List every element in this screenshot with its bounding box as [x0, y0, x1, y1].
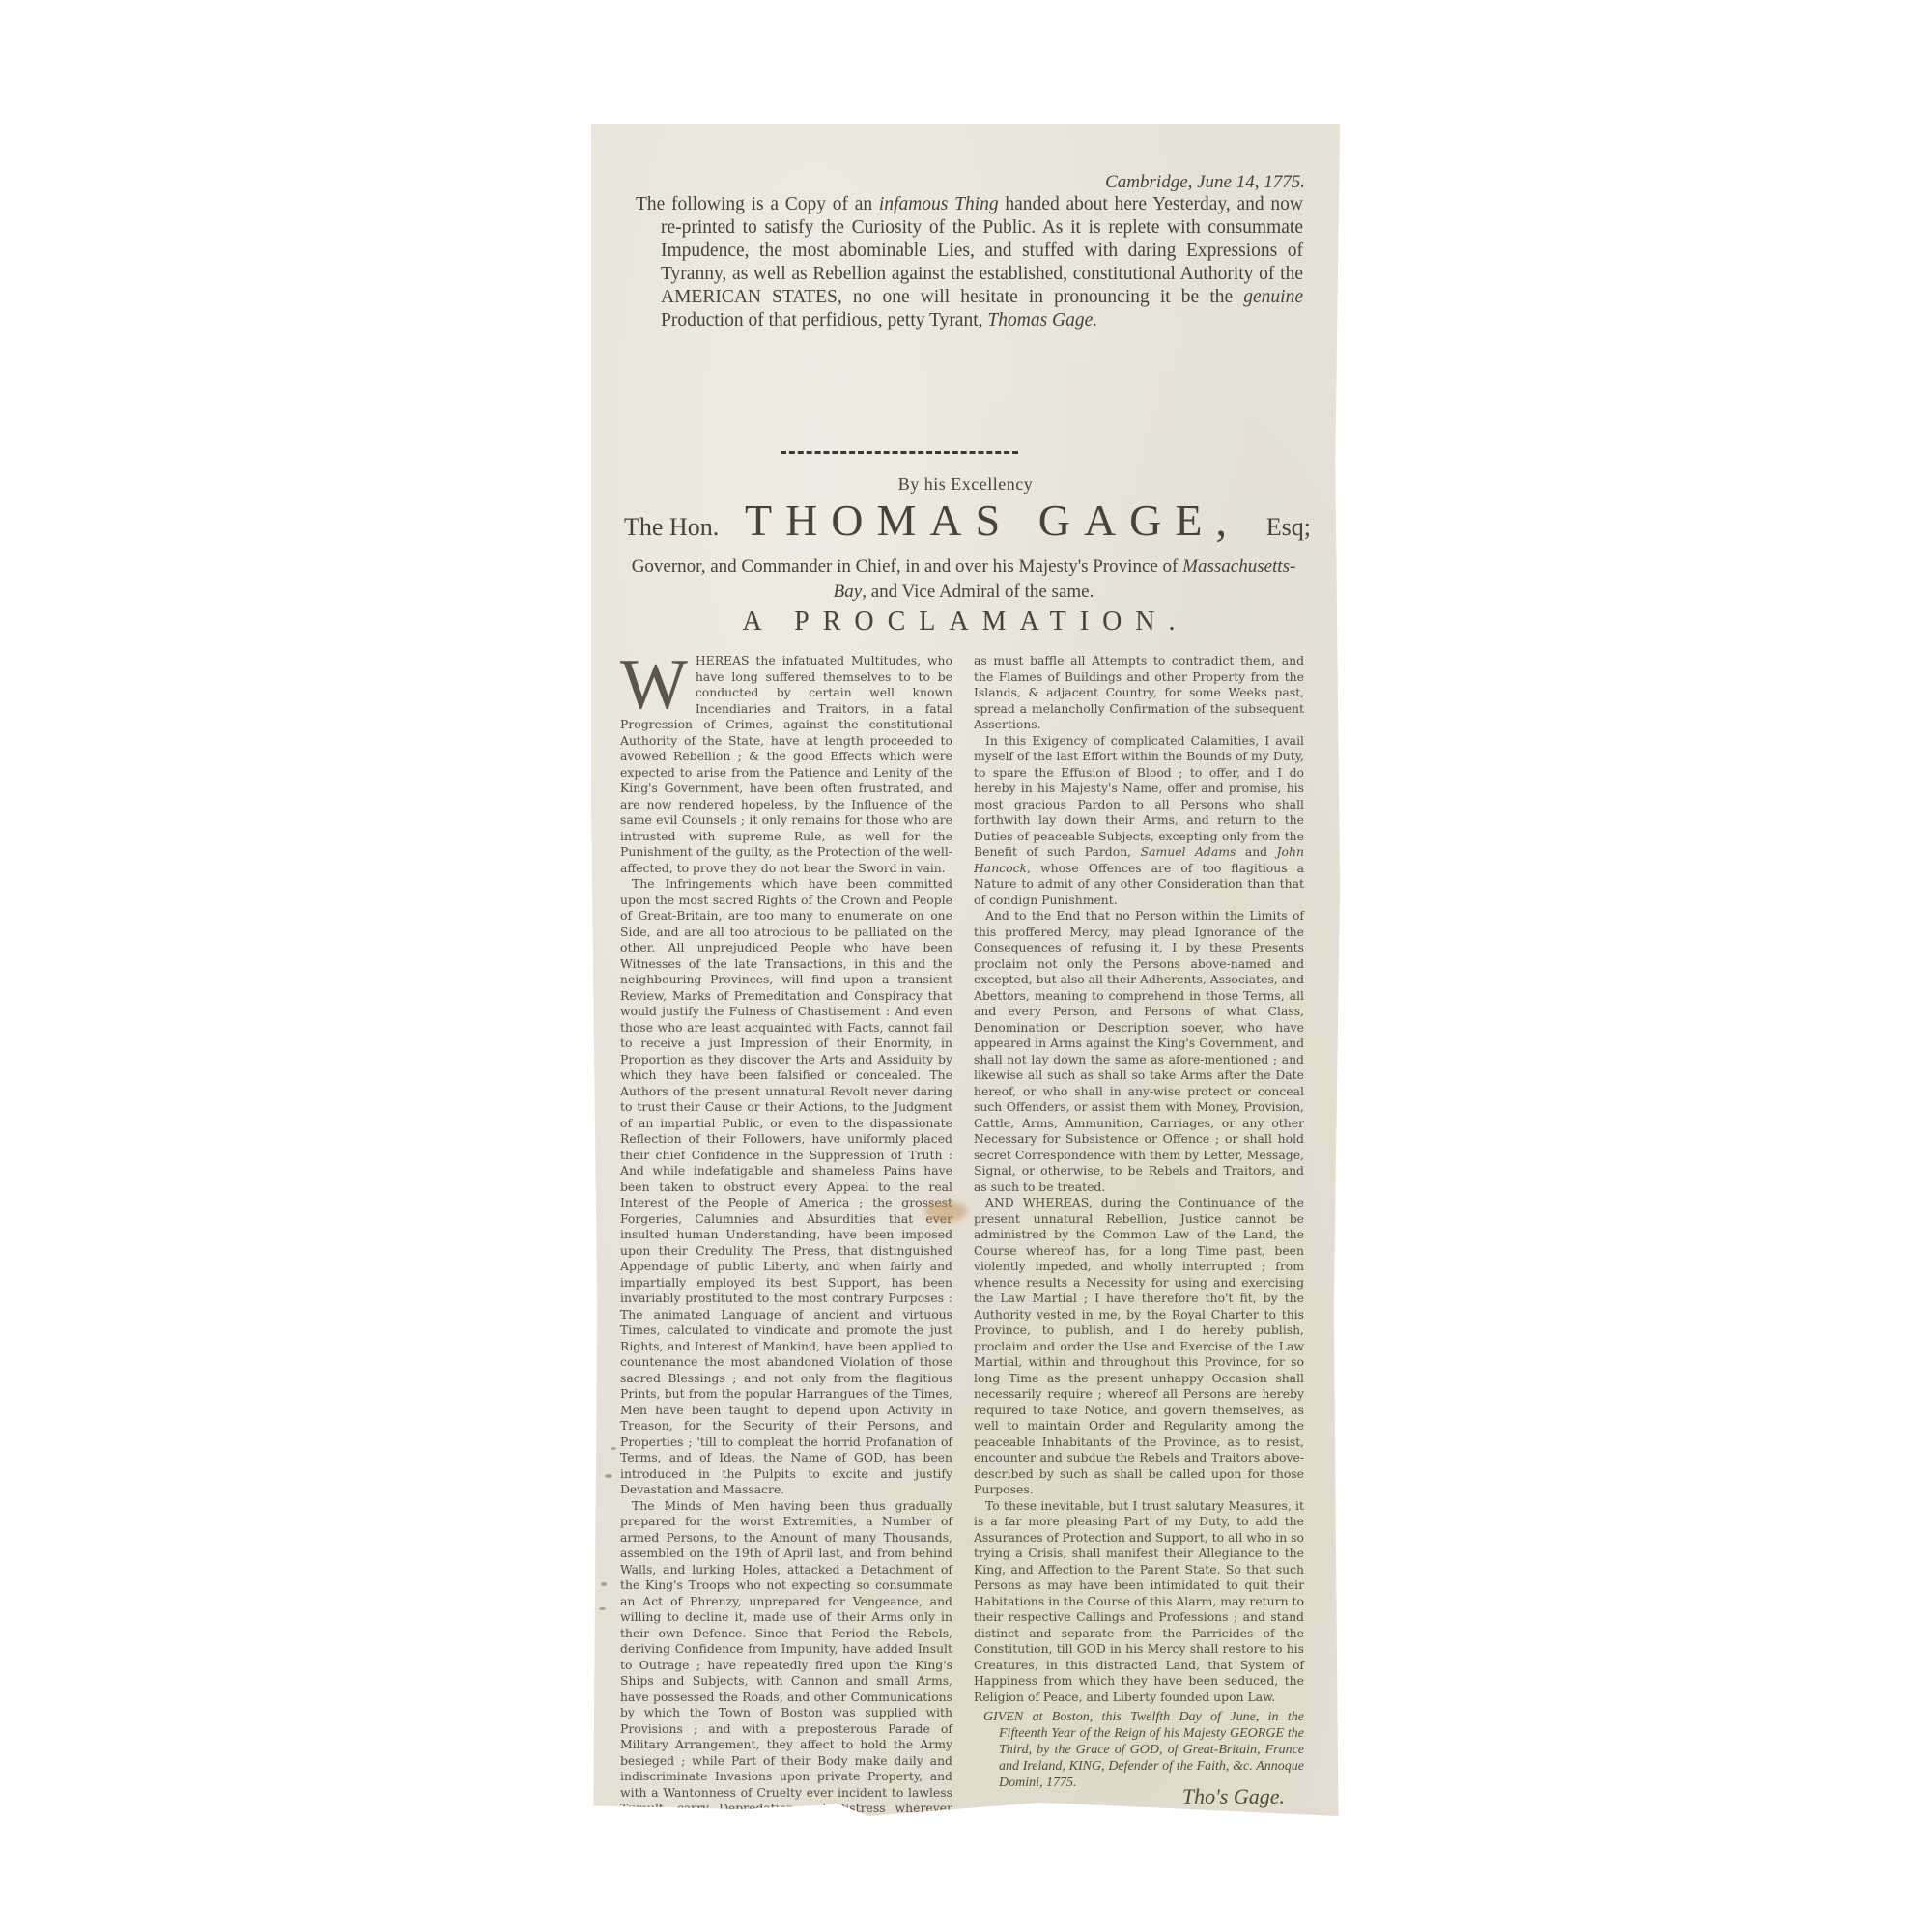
broadside-paper: Cambridge, June 14, 1775. The following …: [591, 124, 1340, 1816]
ink-speck: [599, 1607, 606, 1610]
intro-italic-3: Thomas Gage.: [987, 310, 1097, 330]
paragraph-end-mercy: And to the End that no Person within the…: [974, 908, 1304, 1195]
paragraph-protection: To these inevitable, but I trust salutar…: [974, 1498, 1304, 1706]
king-word: KING.: [1168, 1864, 1235, 1881]
paragraph-law-martial: AND WHEREAS, during the Continuance of t…: [974, 1195, 1304, 1498]
signature: Tho's Gage.: [974, 1789, 1304, 1805]
paragraph-minds-of-men: The Minds of Men having been thus gradua…: [620, 1498, 952, 1849]
title-name: THOMAS GAGE,: [745, 495, 1240, 546]
intro-text-3: Production of that perfidious, petty Tyr…: [661, 310, 987, 330]
secretary-line: Tho's Flucker, Secr'y.: [974, 1835, 1304, 1854]
paragraph-infringements: The Infringements which have been commit…: [620, 876, 952, 1498]
ink-speck: [605, 1474, 612, 1478]
command-line: By His Excellency's Command,: [974, 1811, 1304, 1830]
ink-speck: [601, 1582, 607, 1586]
pardon-and: and: [1236, 844, 1276, 859]
paragraph-continuation: as must baffle all Attempts to contradic…: [974, 653, 1304, 733]
office-text-2: , and Vice Admiral of the same.: [862, 582, 1094, 602]
god-word: GOD: [1043, 1864, 1089, 1881]
governor-title: Governor, and Commander in Chief, in and…: [620, 554, 1307, 605]
paragraph-whereas: WHEREAS the infatuated Multitudes, who h…: [620, 653, 952, 876]
pardon-text-1: In this Exigency of complicated Calamiti…: [974, 733, 1304, 860]
intro-italic-2: genuine: [1243, 287, 1303, 307]
drop-cap: W: [620, 655, 688, 715]
proclamation-document: Cambridge, June 14, 1775. The following …: [591, 124, 1340, 1816]
title-prefix: The Hon.: [624, 513, 719, 542]
office-text-1: Governor, and Commander in Chief, in and…: [632, 556, 1182, 577]
intro-text-1: The following is a Copy of an: [636, 194, 879, 214]
ink-speck: [611, 1447, 616, 1450]
by-his-excellency: By his Excellency: [591, 474, 1340, 495]
save-the: Save the: [1089, 1864, 1169, 1881]
intro-italic-1: infamous Thing: [879, 194, 999, 214]
given-at-boston: GIVEN at Boston, this Twelfth Day of Jun…: [974, 1709, 1304, 1791]
intro-paragraph: The following is a Copy of an infamous T…: [636, 193, 1303, 332]
title-suffix: Esq;: [1266, 513, 1311, 542]
water-stain: [924, 1201, 967, 1222]
left-column: WHEREAS the infatuated Multitudes, who h…: [620, 653, 952, 1849]
proclamation-heading: A PROCLAMATION.: [591, 607, 1340, 638]
paragraph-pardon: In this Exigency of complicated Calamiti…: [974, 733, 1304, 909]
title-line: The Hon. THOMAS GAGE, Esq;: [624, 495, 1311, 546]
name-samuel-adams: Samuel Adams: [1141, 844, 1236, 859]
divider-rule: [781, 451, 1018, 457]
god-save-the-king: GOD Save the KING.: [974, 1865, 1304, 1882]
dateline: Cambridge, June 14, 1775.: [1105, 172, 1305, 193]
right-column: as must baffle all Attempts to contradic…: [974, 653, 1304, 1881]
